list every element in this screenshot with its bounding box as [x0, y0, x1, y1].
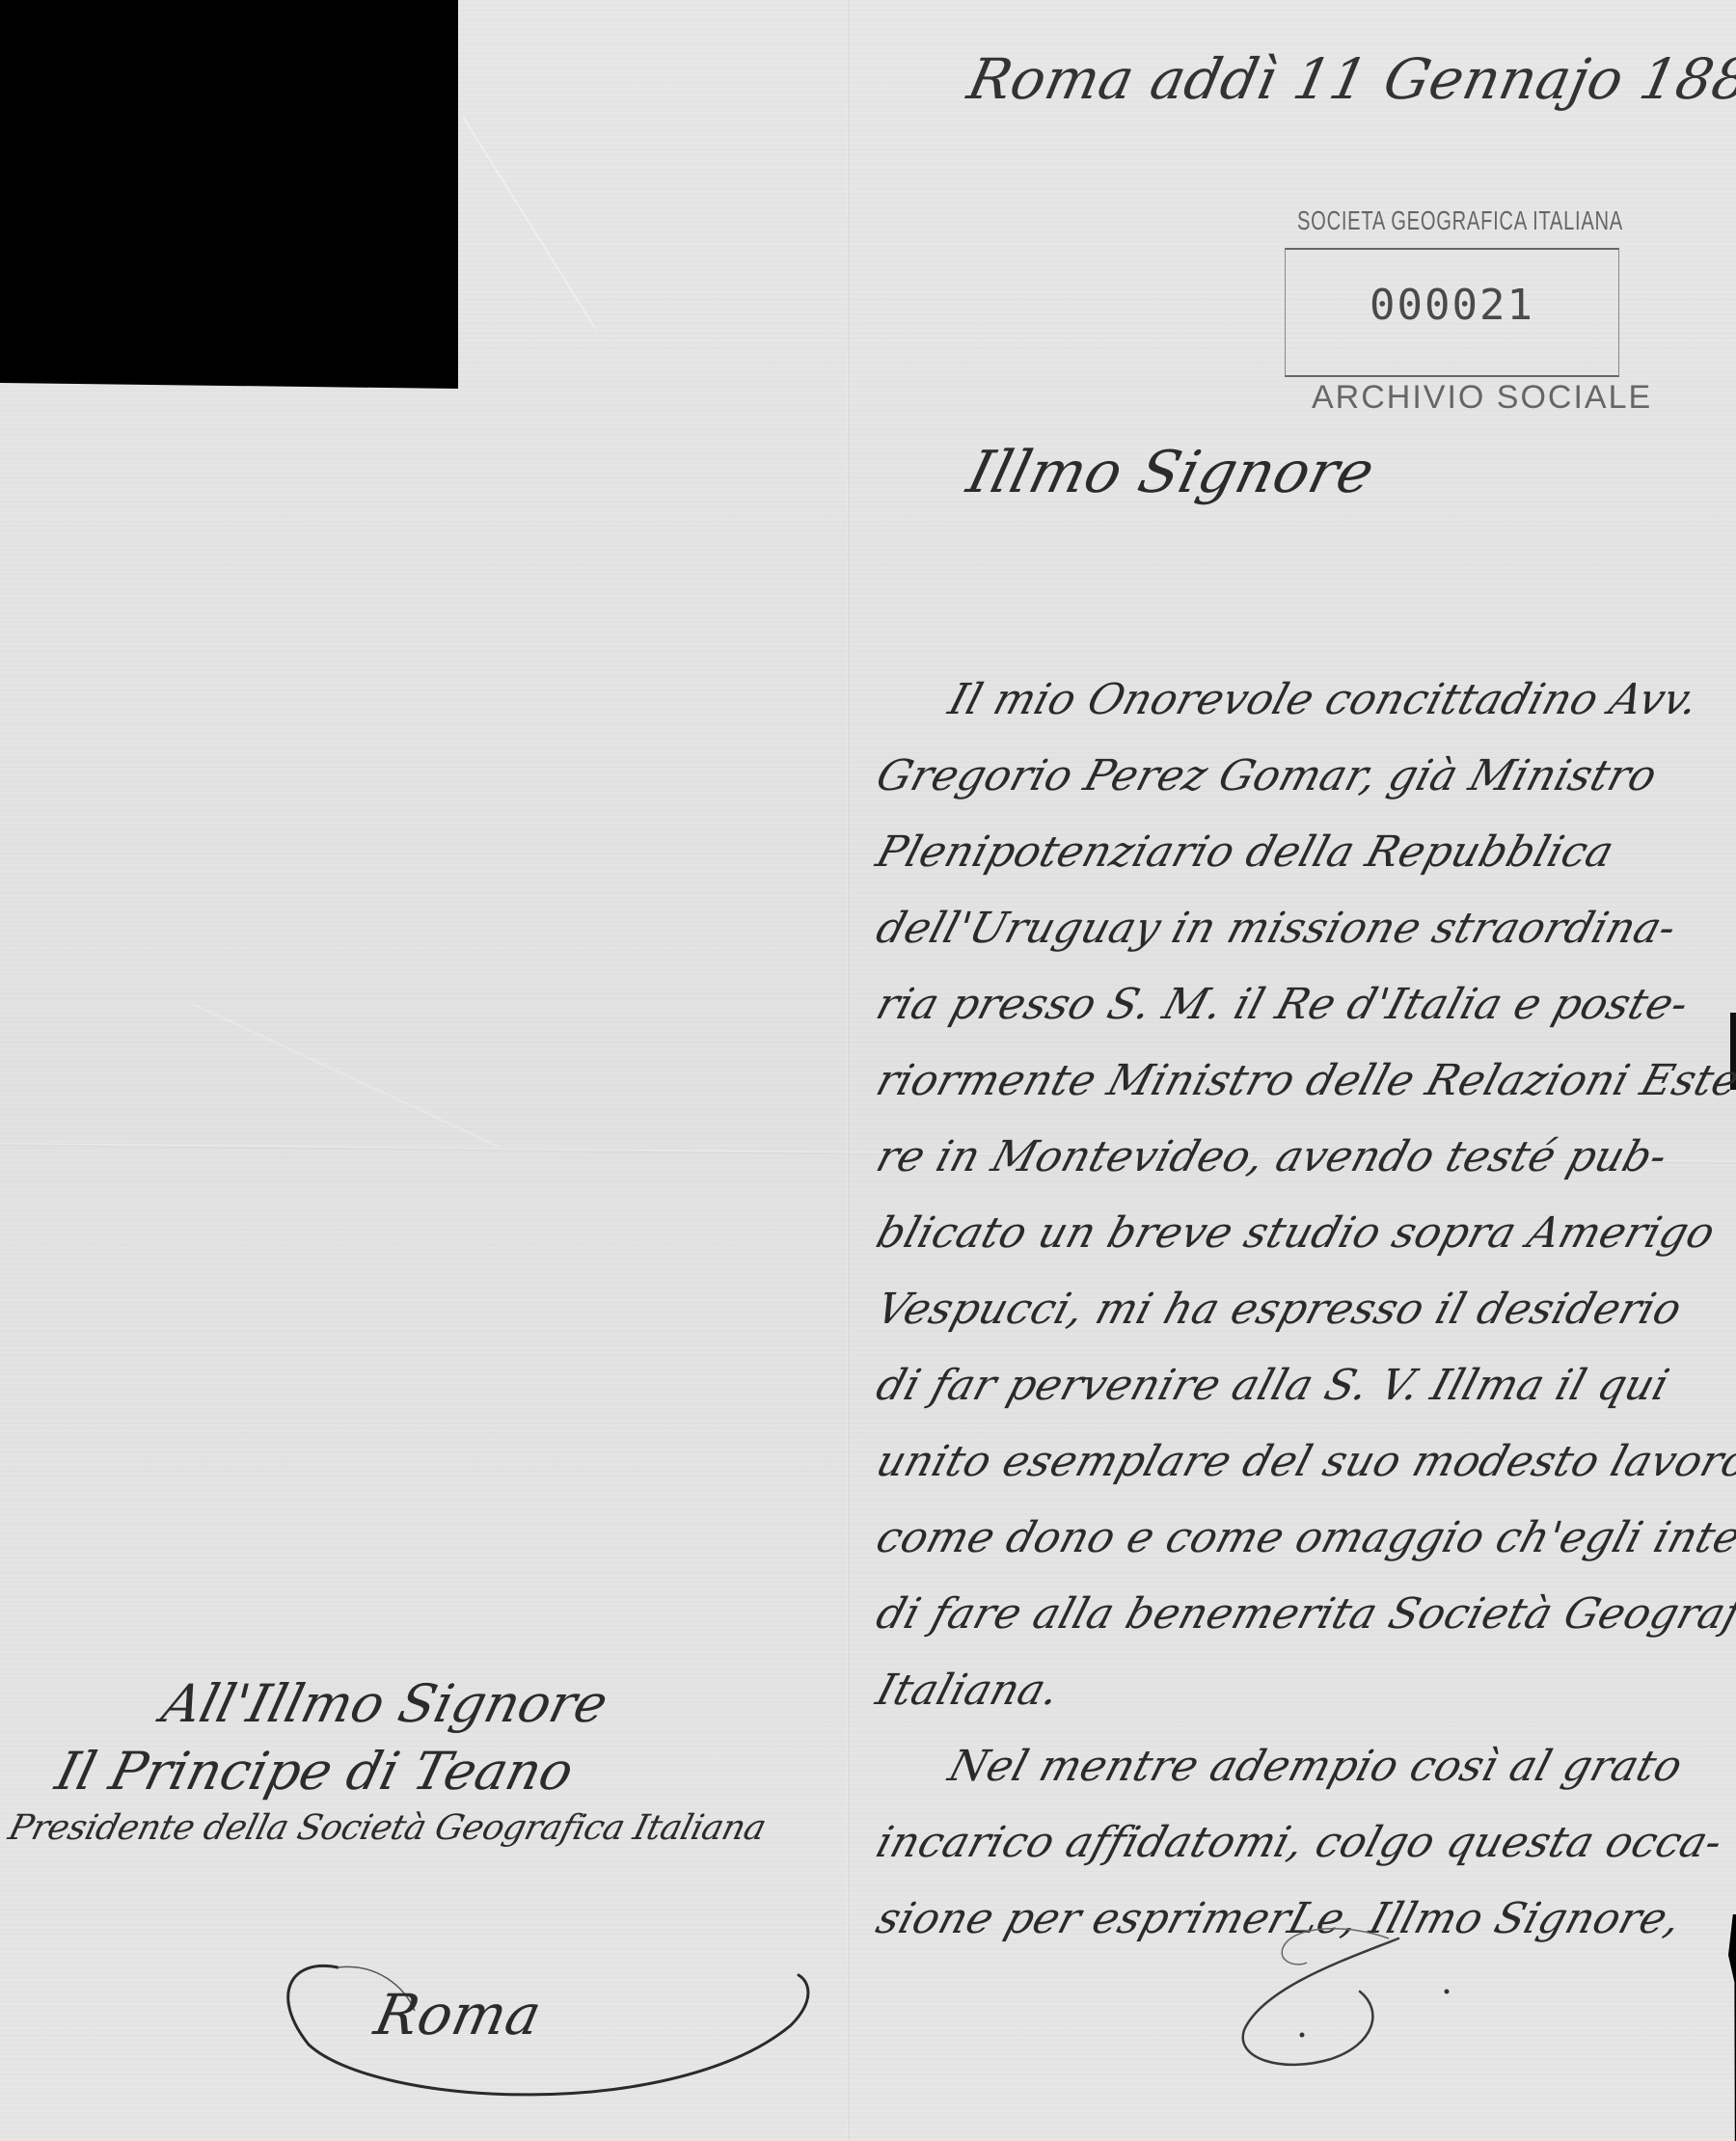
body-line: incarico affidatomi, colgo questa occa- [863, 1818, 1734, 1894]
address-line-title: All'Illmo Signore [0, 1673, 855, 1741]
address-city: Roma [369, 1982, 548, 2047]
address-line-position: Presidente della Società Geografica Ital… [0, 1808, 854, 1866]
body-line: Plenipotenziario della Repubblica [863, 827, 1734, 904]
paper-crease [193, 1003, 500, 1148]
scan-background-corner [0, 0, 458, 389]
body-line: Il mio Onorevole concittadino Avv. [863, 675, 1734, 751]
body-line: Italiana. [863, 1666, 1734, 1742]
body-line: di far pervenire alla S. V. Illma il qui [863, 1361, 1734, 1437]
body-line: unito esemplare del suo modesto lavoro [863, 1437, 1734, 1513]
body-line: dell'Uruguay in missione straordina- [863, 904, 1734, 980]
body-line: come dono e come omaggio ch'egli intende [863, 1513, 1734, 1589]
stamp-box: 000021 [1285, 248, 1619, 377]
paper-crease [462, 116, 596, 330]
scan-background-edge [1728, 1914, 1736, 2141]
letter-body: Il mio Onorevole concittadino Avv. Grego… [863, 675, 1712, 1970]
scanned-letter-page: Roma addì 11 Gennajo 1880 SOCIETA GEOGRA… [0, 0, 1736, 2141]
closing-flourish-mark [1206, 1905, 1456, 2078]
body-line: re in Montevideo, avendo testé pub- [863, 1132, 1734, 1208]
stamp-number: 000021 [1286, 281, 1618, 330]
letter-salutation: Illmo Signore [961, 439, 1381, 506]
address-flourish-ellipse [270, 1938, 820, 2107]
body-line: riormente Ministro delle Relazioni Este- [863, 1056, 1734, 1132]
stamp-footer: ARCHIVIO SOCIALE [1312, 379, 1652, 417]
letter-date-line: Roma addì 11 Gennajo 1880 [963, 46, 1736, 112]
body-line: blicato un breve studio sopra Amerigo [863, 1208, 1734, 1285]
body-line: di fare alla benemerita Società Geografi… [863, 1589, 1734, 1666]
body-line: Vespucci, mi ha espresso il desiderio [863, 1285, 1734, 1361]
body-line: ria presso S. M. il Re d'Italia e poste- [863, 980, 1734, 1056]
body-line: Nel mentre adempio così al grato [863, 1742, 1734, 1818]
body-line: Gregorio Perez Gomar, già Ministro [863, 751, 1734, 827]
address-line-name: Il Principe di Teano [0, 1741, 855, 1808]
archive-stamp: SOCIETA GEOGRAFICA ITALIANA 000021 ARCHI… [1283, 198, 1620, 415]
recipient-address: All'Illmo Signore Il Principe di Teano P… [0, 1673, 839, 1866]
stamp-header: SOCIETA GEOGRAFICA ITALIANA [1297, 205, 1623, 236]
